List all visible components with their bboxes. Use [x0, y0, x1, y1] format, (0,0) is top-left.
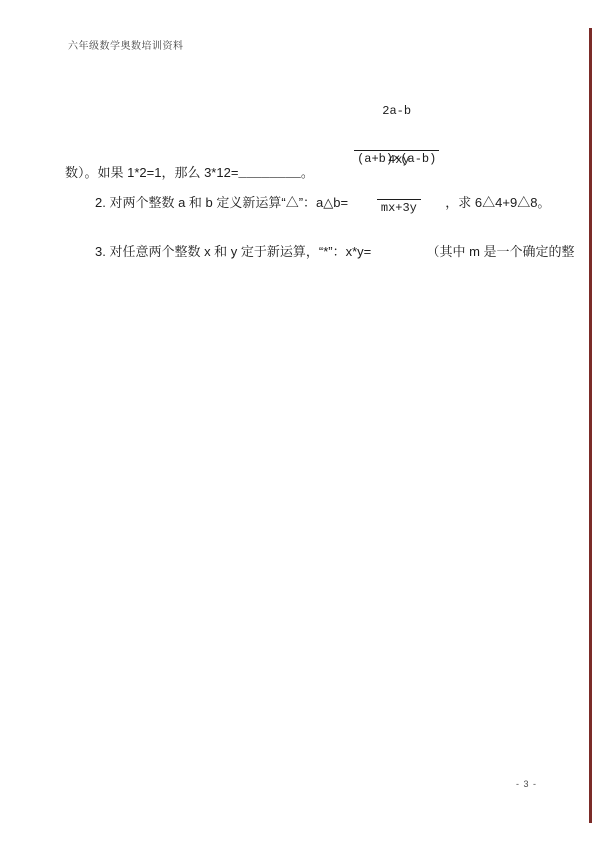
answer-blank-line: ________ — [238, 165, 300, 181]
fraction-numerator: 2a-b — [354, 104, 439, 120]
document-header-title: 六年级数学奥数培训资料 — [68, 37, 184, 52]
question-3-line2-prefix-text: 数）。如果 1*2=1，那么 3*12= — [65, 165, 238, 181]
fraction-numerator: 4xy — [377, 153, 420, 169]
question-3-line1-suffix-text: （其中 m 是一个确定的整 — [427, 244, 575, 260]
question-3-fraction: 4xy mx+3y — [377, 123, 420, 246]
question-3-line1-prefix-text: 3. 对任意两个整数 x 和 y 定于新运算，“*”：x*y= — [95, 244, 371, 260]
question-3-line-1: 3. 对任意两个整数 x 和 y 定于新运算，“*”：x*y= 4xy mx+3… — [95, 137, 575, 260]
right-margin-line — [589, 28, 592, 823]
page-number: - 3 - — [516, 779, 537, 789]
question-3-line2-suffix-text: 。 — [301, 165, 314, 181]
fraction-denominator: mx+3y — [377, 199, 420, 216]
document-page: 六年级数学奥数培训资料 2. 对两个整数 a 和 b 定义新运算“△”：a△b=… — [0, 0, 596, 842]
question-3-line-2: 数）。如果 1*2=1，那么 3*12= ________ 。 — [65, 165, 314, 181]
